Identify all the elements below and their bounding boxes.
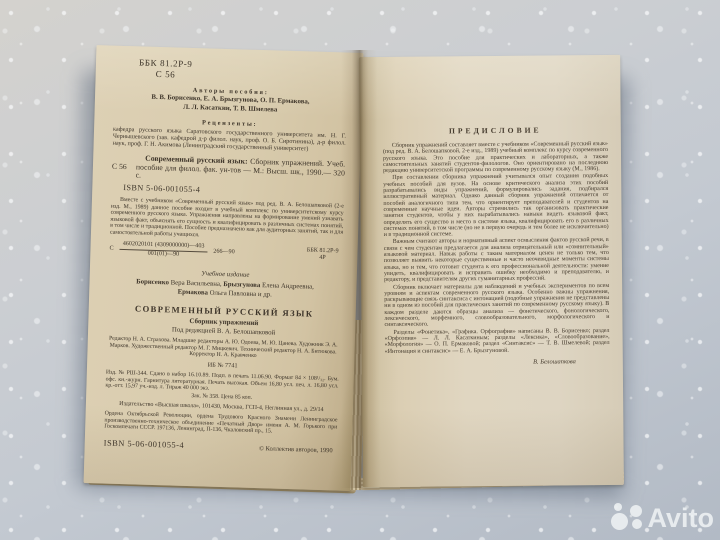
preface-paragraph-3: Важным считают авторы и нормативный аспе…: [384, 237, 609, 283]
preface-paragraph-2: При составлении сборника упражнений учит…: [383, 173, 609, 238]
preface-paragraph-4: Сборник включает материалы для наблюдени…: [384, 283, 609, 329]
catalog-label: С 56: [112, 162, 127, 171]
catalog-entry: С 56 Современный русский язык: Сборник у…: [112, 154, 346, 187]
preface-page-content: ПРЕДИСЛОВИЕ Сборник упражнений составляе…: [359, 55, 624, 487]
code-rubric: 4Р: [307, 255, 339, 263]
preface-paragraph-5: Разделы «Фонетика», «Графика. Орфография…: [385, 328, 610, 355]
reviewers-text: кафедра русского языка Саратовского госу…: [113, 126, 347, 154]
code-suffix: 266—90: [213, 249, 234, 256]
authors-full-names: Борисенко Вера Васильевна, Брызгунова Ел…: [108, 278, 341, 302]
annotation-text: Вместе с учебником «Современный русский …: [110, 197, 344, 243]
catalog-code-row: С 4602020101 (4309000000)—403 001(01)—90…: [109, 241, 342, 264]
isbn-bottom: ISBN 5-06-001055-4: [104, 439, 185, 450]
code-bbk-block: ББК 81.2Р-9 4Р: [307, 247, 339, 262]
preface-heading: ПРЕДИСЛОВИЕ: [383, 125, 608, 136]
imprint-bottom-row: ISBN 5-06-001055-4 © Коллектив авторов, …: [104, 439, 337, 455]
copyright-notice: © Коллектив авторов, 1990: [259, 445, 337, 454]
preface-paragraph-1: Сборник упражнений составляет вместе с у…: [383, 141, 608, 174]
code-denominator: 001(01)—90: [119, 250, 207, 260]
book-left-page: ББК 81.2Р-9 С 56 Авторы пособия: В. В. Б…: [84, 45, 364, 491]
code-fraction: 4602020101 (4309000000)—403 001(01)—90: [119, 241, 207, 260]
book-right-page: ПРЕДИСЛОВИЕ Сборник упражнений составляе…: [359, 55, 624, 487]
code-prefix: С: [109, 246, 113, 252]
printing-house: Ордена Октябрьской Революции, ордена Тру…: [104, 411, 337, 437]
avito-watermark: Avito: [611, 500, 715, 531]
preface-signature: В. Белошапкова: [385, 358, 610, 367]
imprint-page-content: ББК 81.2Р-9 С 56 Авторы пособия: В. В. Б…: [84, 45, 364, 491]
avito-logo-icon: [611, 500, 644, 531]
bbk-classification: ББК 81.2Р-9 С 56: [139, 57, 349, 84]
avito-wordmark: Avito: [648, 505, 715, 531]
staff-credits: Редактор Н. А. Страхова. Младшие редакто…: [108, 336, 337, 362]
catalog-description: Современный русский язык: Сборник упражн…: [136, 154, 346, 186]
